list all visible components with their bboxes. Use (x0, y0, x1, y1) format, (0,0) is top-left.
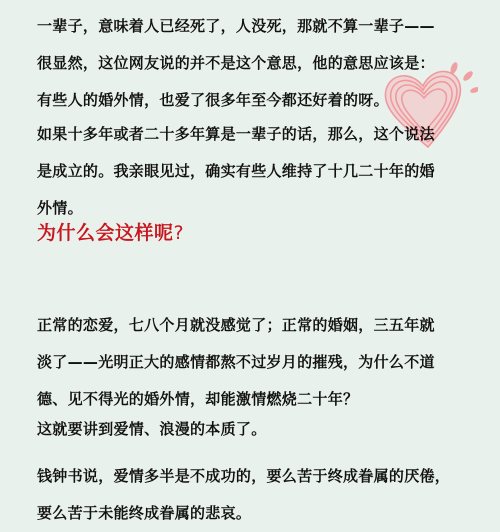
heading-question-mark: ? (174, 222, 185, 244)
text-line: 钱钟书说，爱情多半是不成功的，要么苦于终成眷属的厌倦， (37, 458, 467, 495)
section-heading: 为什么会这样呢? (37, 218, 184, 248)
text-line: 一辈子，意味着人已经死了，人没死，那就不算一辈子—— (37, 8, 467, 45)
text-line: 是成立的。我亲眼见过，确实有些人维持了十几二十年的婚 (37, 153, 467, 190)
paragraph-1: 一辈子，意味着人已经死了，人没死，那就不算一辈子—— 很显然，这位网友说的并不是… (37, 8, 467, 119)
text-line: 这就要讲到爱情、浪漫的本质了。 (37, 411, 467, 448)
text-line: 正常的恋爱，七八个月就没感觉了；正常的婚姻，三五年就 (37, 307, 467, 344)
paragraph-4: 这就要讲到爱情、浪漫的本质了。 (37, 411, 467, 448)
text-line: 如果十多年或者二十多年算是一辈子的话，那么，这个说法 (37, 116, 467, 153)
heading-text: 为什么会这样呢 (37, 222, 174, 244)
paragraph-5: 钱钟书说，爱情多半是不成功的，要么苦于终成眷属的厌倦， 要么苦于未能终成眷属的悲… (37, 458, 467, 532)
text-line: 有些人的婚外情，也爱了很多年至今都还好着的呀。 (37, 82, 467, 119)
text-line: 很显然，这位网友说的并不是这个意思，他的意思应该是： (37, 45, 467, 82)
text-line: 淡了——光明正大的感情都熬不过岁月的摧残，为什么不道 (37, 344, 467, 381)
paragraph-2: 如果十多年或者二十多年算是一辈子的话，那么，这个说法 是成立的。我亲眼见过，确实… (37, 116, 467, 227)
text-line: 要么苦于未能终成眷属的悲哀。 (37, 495, 467, 532)
paragraph-3: 正常的恋爱，七八个月就没感觉了；正常的婚姻，三五年就 淡了——光明正大的感情都熬… (37, 307, 467, 418)
article-page: 一辈子，意味着人已经死了，人没死，那就不算一辈子—— 很显然，这位网友说的并不是… (0, 0, 500, 532)
